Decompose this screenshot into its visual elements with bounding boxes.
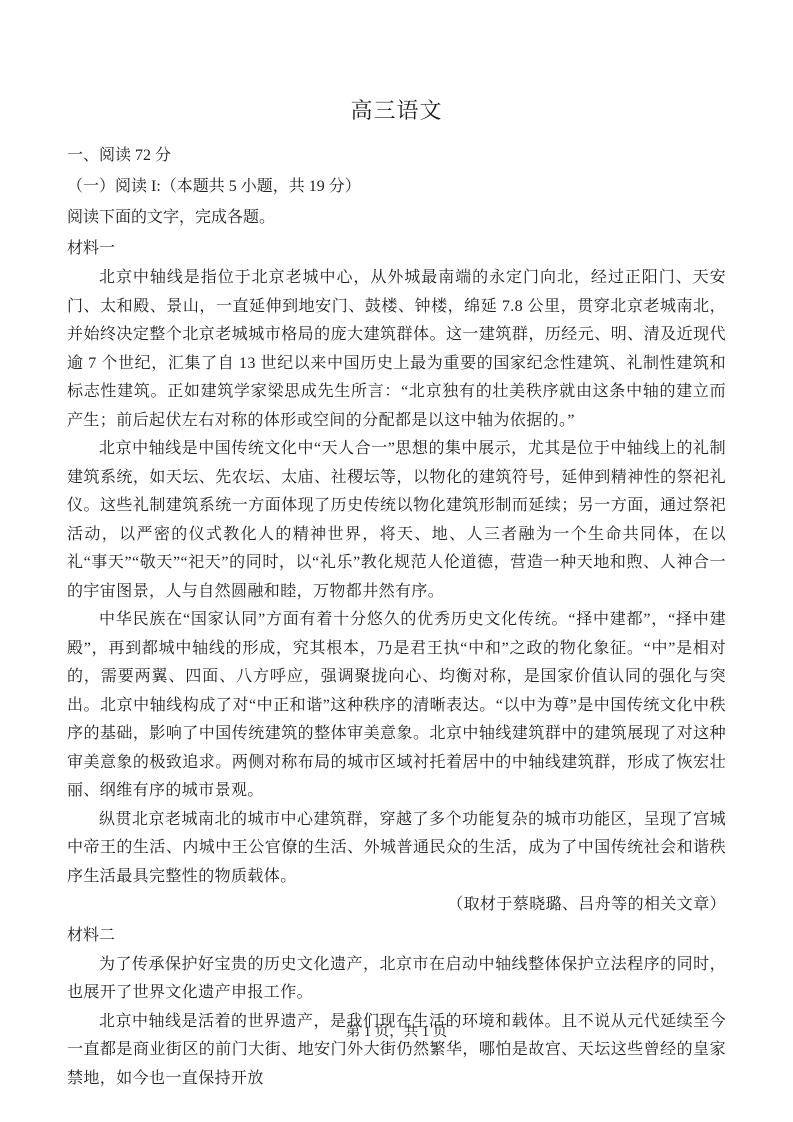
document-page: 高三语文 一、阅读 72 分 （一）阅读 I:（本题共 5 小题，共 19 分）… (0, 0, 793, 1122)
material-one-paragraph-4: 纵贯北京老城南北的城市中心建筑群，穿越了多个功能复杂的城市功能区，呈现了宫城中帝… (67, 806, 726, 892)
material-one-label: 材料一 (67, 233, 726, 264)
page-title: 高三语文 (67, 96, 726, 126)
instruction-text: 阅读下面的文字，完成各题。 (67, 202, 726, 233)
material-two-paragraph-1: 为了传承保护好宝贵的历史文化遗产，北京市在启动中轴线整体保护立法程序的同时，也展… (67, 951, 726, 1008)
subsection-heading: （一）阅读 I:（本题共 5 小题，共 19 分） (67, 171, 726, 202)
material-one-paragraph-3: 中华民族在“国家认同”方面有着十分悠久的优秀历史文化传统。“择中建都”，“择中建… (67, 606, 726, 806)
material-one-paragraph-2: 北京中轴线是中国传统文化中“天人合一”思想的集中展示，尤其是位于中轴线上的礼制建… (67, 435, 726, 606)
material-one-attribution: （取材于蔡晓璐、吕舟等的相关文章） (67, 891, 726, 920)
material-two-label: 材料二 (67, 920, 726, 951)
material-one-paragraph-1: 北京中轴线是指位于北京老城中心，从外城最南端的永定门向北，经过正阳门、天安门、太… (67, 264, 726, 435)
page-footer: 第 1 页，共 1 页 (0, 1019, 793, 1045)
section-heading: 一、阅读 72 分 (67, 140, 726, 171)
